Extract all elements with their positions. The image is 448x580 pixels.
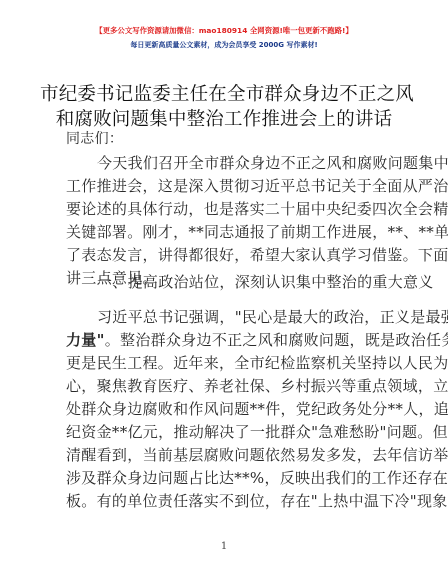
paragraph-line: 涉及群众身边问题占比达**%，反映出我们的工作还存在短 [66,467,382,490]
paragraph-line: 心，聚焦教育医疗、养老社保、乡村振兴等重点领域，立案查 [66,375,382,398]
document-title: 市纪委书记监委主任在全市群众身边不正之风 和腐败问题集中整治工作推进会上的讲话 [40,82,408,132]
paragraph-line: 纪资金**亿元，推动解决了一批群众"急难愁盼"问题。但也要 [66,421,382,444]
paragraph-section-1: 习近平总书记强调，"民心是最大的政治，正义是最强的 力量"。整治群众身边不正之风… [66,306,382,513]
bold-quote-end: 力量" [66,331,105,349]
paragraph-line: 今天我们召开全市群众身边不正之风和腐败问题集中整治 [66,152,382,175]
salutation-text: 同志们： [66,128,382,151]
salutation: 同志们： [66,128,382,151]
promo-banner-wechat: 【更多公文写作资源请加微信：mao180914 全网资源!唯一包更新不跑路!】 [0,26,448,36]
document-page: 【更多公文写作资源请加微信：mao180914 全网资源!唯一包更新不跑路!】 … [0,0,448,580]
paragraph-line: 了表态发言，讲得都很好，希望大家认真学习借鉴。下面，我 [66,244,382,267]
title-line: 市纪委书记监委主任在全市群众身边不正之风 [40,82,408,107]
paragraph-line: 要论述的具体行动，也是落实二十届中央纪委四次全会精神的 [66,198,382,221]
paragraph-line: 习近平总书记强调，"民心是最大的政治，正义是最强的 [66,306,382,329]
paragraph-line: 力量"。整治群众身边不正之风和腐败问题，既是政治任务， [66,329,382,352]
paragraph-opening: 今天我们召开全市群众身边不正之风和腐败问题集中整治 工作推进会，这是深入贯彻习近… [66,152,382,290]
promo-banner-membership: 每日更新高质量公文素材，成为会员享受 2000G 写作素材! [0,40,448,50]
paragraph-line: 清醒看到，当前基层腐败问题依然易发多发，去年信访举报中 [66,444,382,467]
paragraph-line: 关键部署。刚才，**同志通报了前期工作进展，**、**单位作 [66,221,382,244]
section-heading-1: 一、提高政治站位，深刻认识集中整治的重大意义 [66,271,382,294]
section-heading-text: 一、提高政治站位，深刻认识集中整治的重大意义 [66,271,382,294]
paragraph-line-rest: 。整治群众身边不正之风和腐败问题，既是政治任务， [105,331,448,349]
paragraph-line: 板。有的单位责任落实不到位，存在"上热中温下冷"现象；有 [66,490,382,513]
paragraph-line: 工作推进会，这是深入贯彻习近平总书记关于全面从严治党重 [66,175,382,198]
paragraph-line: 处群众身边腐败和作风问题**件，党纪政务处分**人，追缴违 [66,398,382,421]
paragraph-line: 更是民生工程。近年来，全市纪检监察机关坚持以人民为中 [66,352,382,375]
page-number: 1 [0,541,448,552]
